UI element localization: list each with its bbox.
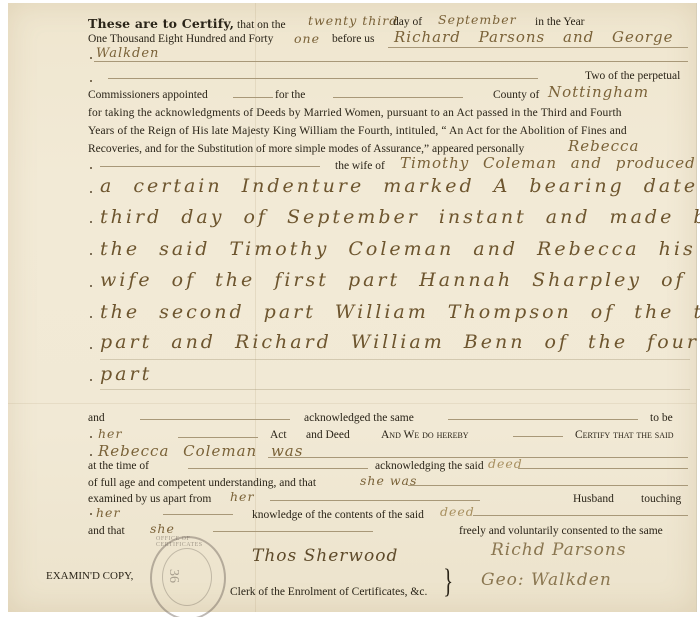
margin-dot <box>90 57 92 59</box>
handwritten-body-line: the second part William Thompson of the … <box>100 301 700 323</box>
static-text: of full age and competent understanding,… <box>88 477 316 489</box>
static-text: Commissioners appointed <box>88 89 208 101</box>
fill-rule <box>213 531 373 532</box>
fill-rule <box>94 61 688 62</box>
static-text: One Thousand Eight Hundred and Forty <box>88 33 273 45</box>
static-text: for the <box>275 89 305 101</box>
fill-rule <box>333 97 463 98</box>
static-text: Two of the perpetual <box>585 70 680 82</box>
handwritten-commissioners: Richard Parsons and George <box>394 28 674 46</box>
fill-rule <box>268 457 688 458</box>
static-text: before us <box>332 33 374 45</box>
static-text: day of <box>393 16 422 28</box>
static-text: Act <box>270 429 287 441</box>
commissioner-signature-1: Richd Parsons <box>491 540 627 560</box>
handwritten-year: one <box>294 31 320 46</box>
margin-dot <box>90 285 92 287</box>
fill-rule <box>270 500 480 501</box>
static-text: to be <box>650 412 673 424</box>
handwritten-body-line: part <box>100 363 152 385</box>
line-1: These are to Certify, that on the <box>88 16 286 31</box>
margin-dot <box>90 347 92 349</box>
static-text: touching <box>641 493 681 505</box>
static-text: examined by us apart from <box>88 493 211 505</box>
fold-crease-horizontal <box>8 403 696 404</box>
margin-dot <box>90 436 92 438</box>
margin-dot <box>90 379 92 381</box>
static-text: acknowledged the same <box>304 412 414 424</box>
margin-dot <box>90 454 92 456</box>
fill-rule <box>448 419 638 420</box>
handwritten-wife-name: Rebecca <box>568 137 639 155</box>
commissioner-signature-2: Geo: Walkden <box>481 570 612 590</box>
margin-dot <box>90 513 92 515</box>
printed-line-act: for taking the acknowledgments of Deeds … <box>88 107 622 119</box>
fill-rule <box>408 485 688 486</box>
handwritten-instrument: deed <box>440 504 475 519</box>
handwritten-body-line: third day of September instant and made … <box>100 206 700 228</box>
fill-rule <box>100 359 690 360</box>
handwritten-day: twenty third <box>308 13 398 28</box>
certificate-paper: These are to Certify, that on the twenty… <box>8 3 697 612</box>
stamp-label: OFFICE OF CERTIFICATES <box>156 536 224 548</box>
static-text: and that <box>88 525 125 537</box>
handwritten-husband: Timothy Coleman and produced <box>400 154 696 172</box>
fill-rule <box>473 515 688 516</box>
clerk-signature: Thos Sherwood <box>252 546 398 566</box>
fill-rule <box>188 468 368 469</box>
fill-rule <box>388 47 688 48</box>
handwritten-body-line: a certain Indenture marked A bearing dat… <box>100 175 700 197</box>
margin-dot <box>90 221 92 223</box>
handwritten-pronoun: her <box>230 489 254 504</box>
brace-glyph: } <box>443 563 453 601</box>
office-of-certificates-stamp: OFFICE OF CERTIFICATES 36 <box>150 536 226 617</box>
handwritten-pronoun: her <box>98 426 122 441</box>
static-text: acknowledging the said <box>375 460 484 472</box>
stamp-number: 36 <box>165 569 181 583</box>
printed-line-reign: Years of the Reign of His late Majesty K… <box>88 125 627 137</box>
certify-heading: These are to Certify, <box>88 16 234 31</box>
fill-rule <box>140 419 290 420</box>
margin-dot <box>90 253 92 255</box>
static-text: Certify that the said <box>575 429 673 441</box>
static-text: at the time of <box>88 460 149 472</box>
static-text: and Deed <box>306 429 350 441</box>
static-text: And We do hereby <box>381 429 469 441</box>
handwritten-body-line: the said Timothy Coleman and Rebecca his <box>100 238 696 260</box>
handwritten-commissioner-surname: Walkden <box>96 46 159 61</box>
margin-dot <box>90 167 92 169</box>
static-text: knowledge of the contents of the said <box>252 509 424 521</box>
static-text: County of <box>493 89 539 101</box>
handwritten-she: she <box>150 521 175 536</box>
fill-rule <box>100 166 320 167</box>
static-text: in the Year <box>535 16 585 28</box>
handwritten-pronoun: her <box>96 505 120 520</box>
static-text: Husband <box>573 493 614 505</box>
handwritten-month: September <box>438 12 517 27</box>
static-text: the wife of <box>335 160 385 172</box>
fill-rule <box>518 468 688 469</box>
static-text: that on the <box>237 19 286 31</box>
margin-dot <box>90 316 92 318</box>
fill-rule <box>163 514 233 515</box>
clerk-title: Clerk of the Enrolment of Certificates, … <box>230 586 427 598</box>
handwritten-county: Nottingham <box>548 83 649 101</box>
fill-rule <box>100 389 690 390</box>
handwritten-body-line: part and Richard William Benn of the fou… <box>100 331 700 353</box>
static-text: and <box>88 412 105 424</box>
fill-rule <box>513 436 563 437</box>
examined-copy-label: EXAMIN'D COPY, <box>46 570 133 582</box>
static-text: freely and voluntarily consented to the … <box>459 525 663 537</box>
handwritten-body-line: wife of the first part Hannah Sharpley o… <box>100 269 686 291</box>
margin-dot <box>90 191 92 193</box>
fill-rule <box>233 97 273 98</box>
fill-rule <box>108 78 538 79</box>
fill-rule <box>178 437 258 438</box>
margin-dot <box>90 80 92 82</box>
